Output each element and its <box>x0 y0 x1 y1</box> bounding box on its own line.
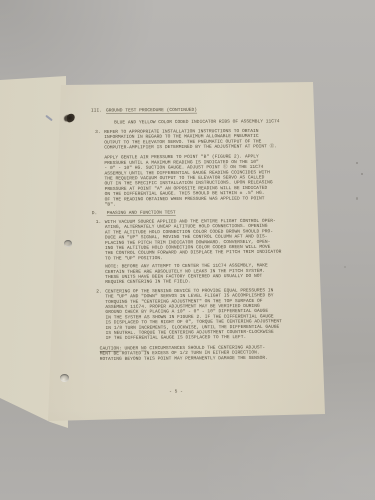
note-block: NOTE: BEFORE ANY ATTEMPT TO CENTER THE 1… <box>105 263 305 285</box>
subsection-heading: D.PHASING AND FUNCTION TEST <box>92 209 305 216</box>
caution-block: CAUTION: UNDER NO CIRCUMSTANCES SHOULD T… <box>100 345 306 362</box>
list-item-2: 2. CENTERING OF THE SENSING DEVICE TO PR… <box>105 287 305 340</box>
section-title: GROUND TEST PROCEDURE (CONTINUED) <box>106 107 197 114</box>
subsection-letter: D. <box>92 210 103 215</box>
photo-background: III.GROUND TEST PROCEDURE (CONTINUED) BL… <box>0 0 375 500</box>
carryover-line: BLUE AND YELLOW COLOR CODED INDICATOR RI… <box>114 119 304 126</box>
section-number: III. <box>91 108 102 113</box>
document-page: III.GROUND TEST PROCEDURE (CONTINUED) BL… <box>0 0 375 500</box>
item-body: REFER TO APPROPRIATE INSTALLATION INSTRU… <box>104 128 305 207</box>
typed-content: III.GROUND TEST PROCEDURE (CONTINUED) BL… <box>104 107 306 395</box>
subsection-title: PHASING AND FUNCTION TEST <box>107 209 176 216</box>
list-item-1: 1. WITH VACUUM SOURCE APPLIED AND THE EN… <box>105 218 305 261</box>
section-heading: III.GROUND TEST PROCEDURE (CONTINUED) <box>91 107 304 114</box>
dust-speck <box>344 266 346 268</box>
punch-hole <box>60 374 69 382</box>
dust-speck <box>356 197 358 200</box>
paragraph: APPLY GENTLE AIR PRESSURE TO POINT "B" (… <box>104 154 304 207</box>
item-number: 2. <box>96 289 105 341</box>
list-item-3: 3. REFER TO APPROPRIATE INSTALLATION INS… <box>104 128 305 207</box>
dust-speck <box>356 162 358 164</box>
paragraph: WITH VACUUM SOURCE APPLIED AND THE ENTIR… <box>105 218 305 261</box>
punch-hole <box>64 240 72 247</box>
item-body: CENTERING OF THE SENSING DEVICE TO PROVI… <box>105 287 305 340</box>
page-number: - 5 - <box>106 389 246 395</box>
item-body: WITH VACUUM SOURCE APPLIED AND THE ENTIR… <box>105 218 305 261</box>
paragraph: CENTERING OF THE SENSING DEVICE TO PROVI… <box>105 287 305 340</box>
dust-speck <box>361 173 363 175</box>
pen-mark <box>45 115 53 122</box>
item-number: 1. <box>96 219 105 261</box>
ink-blot <box>65 113 76 124</box>
paragraph: REFER TO APPROPRIATE INSTALLATION INSTRU… <box>104 128 304 150</box>
